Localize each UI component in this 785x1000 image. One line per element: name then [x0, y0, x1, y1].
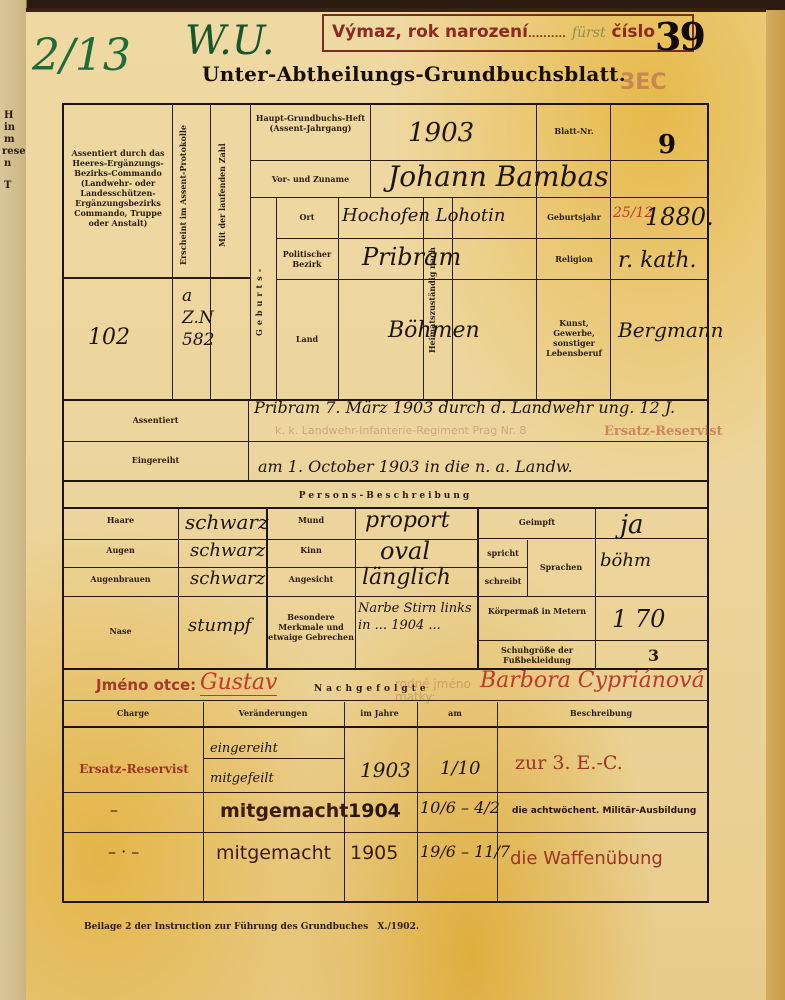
blatt-nr-value: 9: [658, 130, 676, 160]
nase-value: stumpf: [188, 615, 251, 636]
augen-value: schwarz: [190, 540, 265, 561]
footer-text: Beilage 2 der Instruction zur Führung de…: [84, 922, 368, 932]
merkmale-label: Besondere Merkmale und etwaige Gebrechen: [268, 612, 354, 642]
koerpermass-value: 1 70: [612, 605, 665, 633]
name-value: Johann Bambas: [388, 160, 609, 193]
haare-label: Haare: [63, 515, 178, 525]
eingereiht-label: Eingereiht: [63, 455, 248, 465]
strip-fragment: in: [4, 122, 15, 134]
assentiert-durch-value: 102: [88, 325, 130, 350]
haupt-grundbuchs-label: Haupt-Grundbuchs-Heft (Assent-Jahrgang): [253, 113, 368, 133]
page-title: Unter-Abtheilungs-Grundbuchsblatt.: [202, 62, 626, 86]
czech-register-label: Výmaz, rok narození.......... fürst čísl…: [332, 22, 655, 42]
footer-note: Beilage 2 der Instruction zur Führung de…: [84, 922, 419, 932]
strip-fragment: m: [4, 134, 15, 146]
sprachen-label: Sprachen: [528, 562, 594, 572]
assentiert-label: Assentiert: [63, 415, 248, 425]
persons-beschreibung-title: Persons-Beschreibung: [63, 491, 708, 501]
ersatz-reservist-stamp: Ersatz-Reservist: [604, 424, 723, 439]
koerpermass-label: Körpermaß in Metern: [479, 606, 595, 616]
history-row-1-charge: Ersatz-Reservist: [66, 762, 202, 776]
dots: ..........: [528, 29, 566, 40]
history-row-3-jahr: 1905: [350, 842, 398, 864]
assentiert-value: Pribram 7. März 1903 durch d. Landwehr u…: [254, 398, 675, 417]
beruf-value: Bergmann: [618, 318, 724, 342]
history-header-charge: Charge: [63, 708, 203, 718]
history-header-row: Charge Veränderungen im Jahre am Beschre…: [63, 702, 708, 724]
history-row-3-veraenderung: mitgemacht: [216, 842, 331, 864]
mother-value: Barbora Cypriánová: [480, 668, 705, 693]
haupt-grundbuchs-value: 1903: [408, 118, 474, 148]
erscheint-label: Erscheint im Assent-Protokolle: [178, 120, 204, 270]
bezirk-value: Pribram: [362, 243, 461, 271]
assentiert-durch-label: Assentiert durch das Heeres-Ergänzungs-B…: [66, 148, 170, 228]
blatt-nr-label: Blatt-Nr.: [540, 126, 608, 136]
augenbrauen-value: schwarz: [190, 568, 265, 589]
history-row-2-veraenderung: mitgemacht: [220, 800, 348, 822]
religion-value: r. kath.: [618, 248, 697, 273]
history-row-2-am: 10/6 – 4/2: [420, 798, 500, 817]
geburtsjahr-value: 1880.: [645, 203, 714, 231]
cislo-label: číslo: [612, 22, 656, 42]
cislo-number: 39: [655, 14, 704, 59]
faint-handwriting: fürst: [572, 25, 606, 41]
land-label: Land: [278, 334, 336, 344]
geimpft-value: ja: [620, 510, 644, 540]
schuhgroesse-label: Schuhgröße der Fußbekleidung: [479, 645, 595, 665]
spricht-label: spricht: [479, 548, 527, 558]
beruf-label: Kunst, Gewerbe, sonstiger Lebensberuf: [540, 318, 608, 358]
angesicht-value: länglich: [362, 565, 451, 590]
faint-regiment-stamp: k. k. Landwehr-Infanterie-Regiment Prag …: [275, 424, 526, 437]
merkmale-value: Narbe Stirn links in ... 1904 ...: [358, 600, 476, 634]
strip-fragment: n: [4, 158, 11, 170]
strip-fragment: T: [4, 180, 11, 192]
history-header-jahre: im Jahre: [343, 708, 416, 718]
father-label: Jméno otce:: [96, 676, 196, 694]
footer-edition: X./1902.: [377, 922, 419, 932]
history-row-2-beschreibung: die achtwöchent. Militär-Ausbildung: [512, 806, 696, 816]
vymaz-label: Výmaz, rok narození: [332, 22, 528, 42]
kinn-value: oval: [380, 537, 430, 565]
history-row-3-am: 19/6 – 11/7: [420, 842, 510, 861]
green-initials-note: W.U.: [185, 18, 275, 64]
green-number-note: 2/13: [32, 30, 131, 81]
strip-fragment: rese: [2, 146, 26, 158]
bezirk-label: Politischer Bezirk: [278, 249, 336, 269]
history-row-1-veraenderung: eingereiht mitgefeilt: [210, 734, 340, 794]
haare-value: schwarz: [185, 510, 269, 534]
geburts-label: Geburts-: [254, 220, 274, 380]
augen-label: Augen: [63, 545, 178, 555]
ort-label: Ort: [278, 212, 336, 222]
history-row-2-jahr: 1904: [348, 800, 401, 822]
strip-fragment: H: [4, 110, 13, 122]
ort-value: Hochofen Lohotin: [342, 205, 505, 226]
angesicht-label: Angesicht: [268, 574, 354, 584]
history-row-2-charge: –: [110, 800, 118, 819]
mund-label: Mund: [268, 515, 354, 525]
nase-label: Nase: [63, 626, 178, 636]
erscheint-value: a Z.N 582: [182, 285, 214, 351]
land-value: Böhmen: [388, 318, 480, 343]
faint-3ec-stamp: 3EC: [620, 70, 666, 95]
schreibt-label: schreibt: [479, 576, 527, 586]
history-row-1-am: 1/10: [440, 758, 480, 779]
adjacent-page-strip: H in m rese n T: [0, 0, 27, 1000]
augenbrauen-label: Augenbrauen: [63, 574, 178, 584]
history-header-veraenderungen: Veränderungen: [203, 708, 343, 718]
history-row-1-beschreibung: zur 3. E.-C.: [515, 752, 623, 774]
history-header-beschreibung: Beschreibung: [494, 708, 708, 718]
schuhgroesse-value: 3: [648, 646, 659, 665]
heimat-label: Heimatszuständig nach: [427, 215, 449, 385]
sprachen-value: böhm: [600, 550, 651, 571]
religion-label: Religion: [540, 254, 608, 264]
name-label: Vor- und Zuname: [253, 174, 368, 184]
father-value: Gustav: [200, 670, 277, 696]
geimpft-label: Geimpft: [479, 517, 595, 527]
mund-value: proport: [365, 508, 450, 533]
history-row-3-charge: – · –: [108, 842, 139, 861]
eingereiht-value: am 1. October 1903 in die n. a. Landw.: [258, 457, 573, 476]
history-header-am: am: [416, 708, 494, 718]
kinn-label: Kinn: [268, 545, 354, 555]
geburtsjahr-label: Geburtsjahr: [540, 212, 608, 222]
history-row-3-beschreibung: die Waffenübung: [510, 848, 663, 869]
laufende-zahl-label: Mit der laufenden Zahl: [217, 120, 243, 270]
history-row-1-jahr: 1903: [360, 758, 411, 782]
